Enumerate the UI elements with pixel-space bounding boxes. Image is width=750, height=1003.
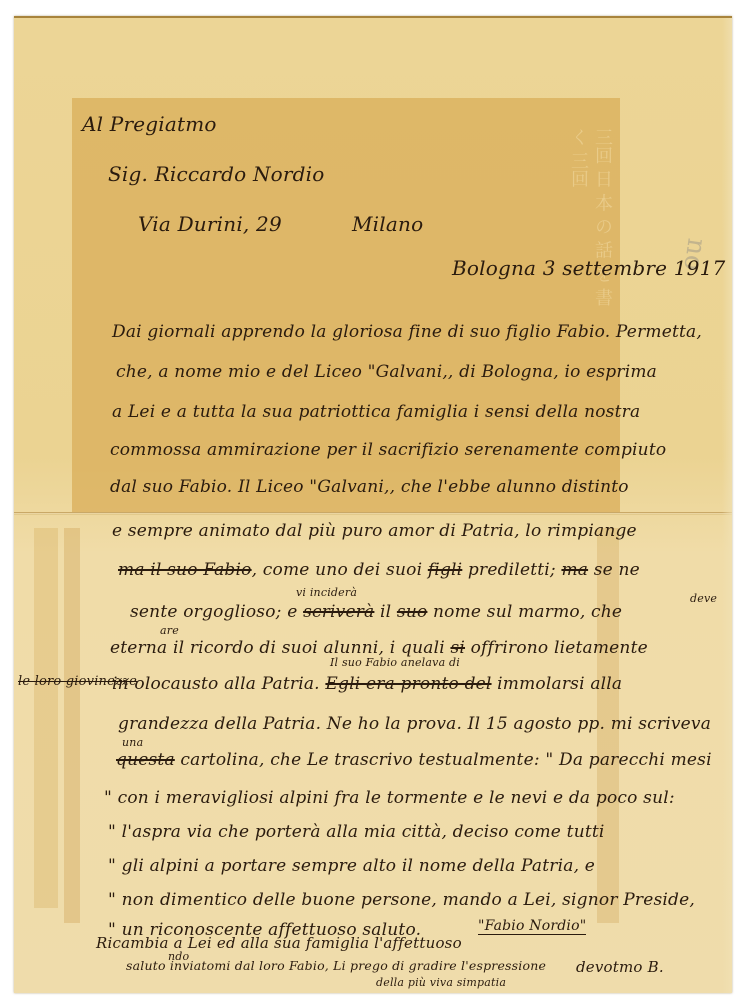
- closing-line: saluto inviatomi dal loro Fabio, Li preg…: [126, 958, 546, 973]
- quoted-line: " non dimentico delle buone persone, man…: [108, 890, 695, 910]
- body-line: grandezza della Patria. Ne ho la prova. …: [118, 714, 711, 734]
- insertion-text: vi inciderà: [296, 586, 357, 599]
- text-run: il ricordo di suoi alunni, i quali: [167, 638, 450, 658]
- body-line: e sempre animato dal più puro amor di Pa…: [112, 521, 637, 541]
- body-line: che, a nome mio e del Liceo "Galvani,, d…: [116, 362, 657, 382]
- text-run: in olocausto alla Patria.: [112, 674, 325, 694]
- signature: devotmo B.: [576, 958, 664, 976]
- dateline: Bologna 3 settembre 1917: [452, 256, 725, 280]
- text-run: Ricambia: [96, 934, 169, 952]
- paper-edge: [722, 18, 732, 993]
- insertion-text: deve: [690, 592, 717, 605]
- struck-text: Egli era pronto del: [325, 674, 491, 694]
- struck-text: ma: [561, 560, 588, 580]
- text-run: offrirono lietamente: [465, 638, 648, 658]
- address-city: Milano: [352, 212, 423, 236]
- text-run: sente orgoglioso; e: [130, 602, 303, 622]
- paper-fold: [14, 512, 732, 515]
- struck-text: figli: [428, 560, 463, 580]
- insertion-text: Il suo Fabio anelava di: [330, 656, 460, 669]
- text-run: a Lei ed alla sua famiglia l'affettuoso: [169, 934, 462, 952]
- text-run: cartolina, che Le trascrivo testualmente…: [175, 750, 712, 770]
- struck-text: si: [450, 638, 465, 658]
- text-run: , come uno dei suoi: [252, 560, 428, 580]
- insertion-text: una: [122, 736, 143, 749]
- aged-stain-left: [34, 528, 58, 908]
- struck-text: ma il suo Fabio: [118, 560, 252, 580]
- text-run: prediletti;: [462, 560, 561, 580]
- text-run: immolarsi alla: [492, 674, 623, 694]
- address-line-1: Al Pregiatmo: [82, 112, 217, 136]
- body-line: commossa ammirazione per il sacrifizio s…: [110, 440, 666, 460]
- text-run: se ne: [588, 560, 640, 580]
- quoted-line: " gli alpini a portare sempre alto il no…: [108, 856, 595, 876]
- struck-text: scriverà: [303, 602, 374, 622]
- insertion-text: are: [160, 624, 179, 637]
- text-run: eterna: [110, 638, 167, 658]
- quoted-line: " con i meravigliosi alpini fra le torme…: [104, 788, 675, 808]
- closing-line: Ricambia a Lei ed alla sua famiglia l'af…: [96, 934, 462, 952]
- address-line-3: Via Durini, 29: [138, 212, 282, 236]
- struck-text: questa: [116, 750, 175, 770]
- text-run: nome sul marmo, che: [427, 602, 622, 622]
- body-line: a Lei e a tutta la sua patriottica famig…: [112, 402, 640, 422]
- struck-text: suo: [397, 602, 428, 622]
- address-line-2: Sig. Riccardo Nordio: [108, 162, 325, 186]
- quoted-signature: "Fabio Nordio": [478, 918, 586, 935]
- body-line: questa cartolina, che Le trascrivo testu…: [116, 750, 712, 770]
- text-run: il: [374, 602, 396, 622]
- body-line: eterna il ricordo di suoi alunni, i qual…: [110, 638, 648, 658]
- body-line: Dai giornali apprendo la gloriosa fine d…: [112, 322, 702, 342]
- insertion-text: della più viva simpatia: [376, 976, 506, 989]
- body-line: dal suo Fabio. Il Liceo "Galvani,, che l…: [110, 477, 629, 497]
- bleed-through-writing: 三回 日 本 の 話 を 書 く 三回: [434, 128, 614, 308]
- body-line: in olocausto alla Patria. Egli era pront…: [112, 674, 622, 694]
- body-line: ma il suo Fabio, come uno dei suoi figli…: [118, 560, 640, 580]
- body-line: sente orgoglioso; e scriverà il suo nome…: [130, 602, 622, 622]
- quoted-line: " l'aspra via che porterà alla mia città…: [108, 822, 605, 842]
